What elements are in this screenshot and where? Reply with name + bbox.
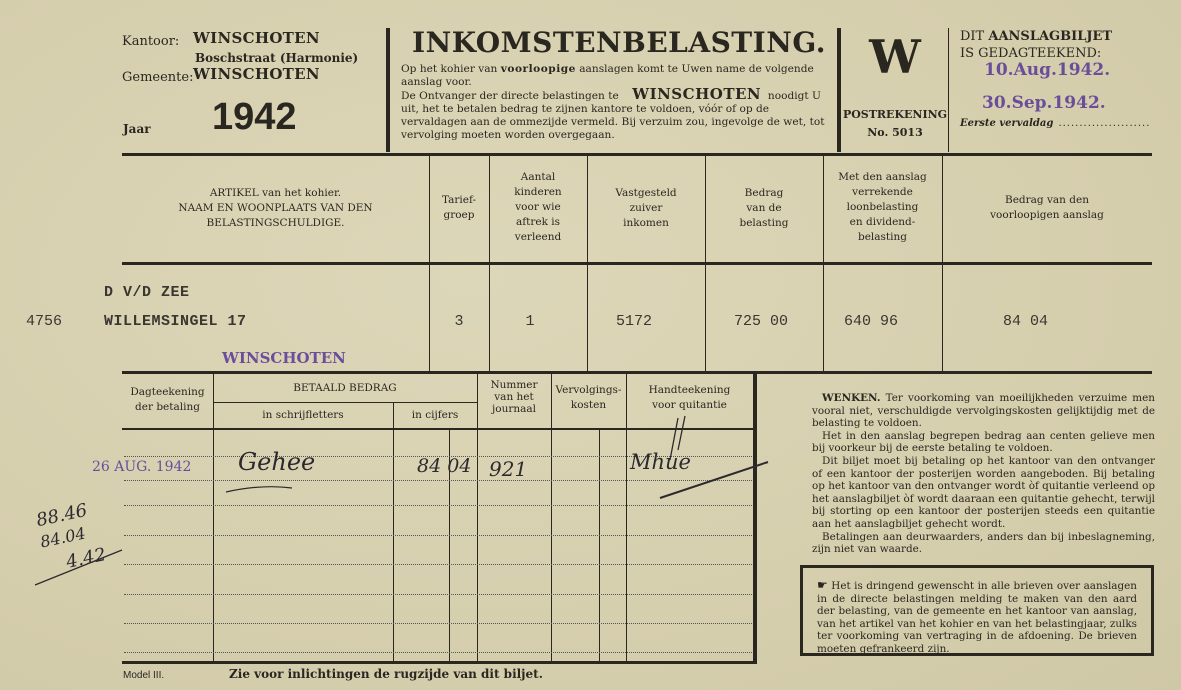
bedrag-belasting-value: 725 00 [734,313,788,330]
issue-date-stamp: 10.Aug.1942. [984,60,1110,80]
form-title: INKOMSTENBELASTING. [412,26,826,59]
header-voorloopige-aanslag: Bedrag van den voorloopigen aanslag [942,193,1152,223]
kinderen-value: 1 [489,313,571,330]
col-divider [942,155,943,372]
pay-header-paid: BETAALD BEDRAG [213,381,477,396]
header-divider-3 [948,28,949,152]
notice-bold-voorloopige: voorloopige [501,63,576,75]
pay-header-journal: Nummer van het journaal [477,379,551,415]
kantoor-block: Kantoor: [122,30,179,49]
footer-note: Zie voor inlichtingen de rugzijde van di… [229,667,543,681]
artikel-number: 4756 [26,313,62,330]
postrekening-number: No. 5013 [867,126,922,139]
model-label: Model III. [123,670,164,681]
first-due-date-label: Eerste vervaldag [960,118,1053,129]
kantoor-street: Boschstraat (Harmonie) [195,51,358,65]
pay-header-signature: Handteekening voor quitantie [626,383,753,413]
header-kinderen: Aantal kinderen voor wie aftrek is verle… [489,170,587,245]
taxpayer-address: WILLEMSINGEL 17 [104,313,247,330]
notice-city: WINSCHOTEN [632,85,761,103]
pay-header-costs: Vervolgings- kosten [551,383,626,413]
header-zuiver-inkomen: Vastgesteld zuiver inkomen [587,186,705,231]
table-header-rule [122,262,1152,265]
dated-label-gedagteekend: IS GEDAGTEEKEND: [960,46,1101,61]
pay-bottom-rule [122,661,754,664]
pay-header-words: in schrijfletters [213,408,393,423]
notice-text: Op het kohier van voorloopige aanslagen … [401,63,829,89]
postrekening-label: POSTREKENING [843,108,947,121]
amount-in-figures-handwritten: 84 04 [417,455,471,477]
header-tariefgroep: Tarief- groep [429,193,489,223]
tax-assessment-form: Kantoor: WINSCHOTEN Boschstraat (Harmoni… [0,0,1181,690]
pay-col-divider [551,374,552,664]
gemeente-label: Gemeente: [122,70,193,85]
boxed-note: ☛ Het is dringend gewenscht in alle brie… [800,565,1154,656]
city-stamp: WINSCHOTEN [222,349,346,367]
voorloopige-aanslag-value: 84 04 [1003,313,1048,330]
wenken-p3: Dit biljet moet bij betaling op het kant… [812,455,1155,531]
gemeente-value: WINSCHOTEN [193,65,320,83]
wenken-title: WENKEN. [822,392,881,404]
tariefgroep-value: 3 [429,313,489,330]
pay-col-divider [477,374,478,664]
pay-sub-rule [213,402,477,403]
boxed-note-text: Het is dringend gewenscht in alle brieve… [817,580,1137,655]
verrekende-belasting-value: 640 96 [844,313,898,330]
table-top-rule [122,153,1152,156]
zuiver-inkomen-value: 5172 [616,313,652,330]
pay-header-figures: in cijfers [393,408,477,423]
kantoor-value: WINSCHOTEN [193,29,320,47]
notice-text-2: De Ontvanger der directe belastingen te … [401,88,829,142]
first-due-date-dots: ...................... [1058,118,1150,129]
jaar-label: Jaar [123,122,151,136]
col-divider [429,155,430,372]
kantoor-label: Kantoor: [122,34,179,49]
header-bedrag-belasting: Bedrag van de belasting [705,186,823,231]
payment-date-stamp: 26 AUG. 1942 [92,459,191,475]
journal-number-handwritten: 921 [489,457,527,481]
taxpayer-name: D V/D ZEE [104,284,190,301]
wenken-p2: Het in den aanslag begrepen bedrag aan c… [812,430,1155,455]
signature-stroke-icon [600,410,780,500]
header-artikel: ARTIKEL van het kohier. NAAM EN WOONPLAA… [122,186,429,231]
pointing-hand-icon: ☛ [817,578,828,592]
wenken-section: WENKEN. Ter voorkoming van moeilijkheden… [812,392,1155,556]
header-divider [386,28,390,152]
w-letter: W [869,30,921,84]
jaar-value: 1942 [212,96,297,138]
due-date-stamp: 30.Sep.1942. [982,93,1106,113]
wenken-p4: Betalingen aan deurwaarders, anders dan … [812,531,1155,556]
notice-line2: De Ontvanger der directe belastingen te [401,90,619,102]
pay-header-date: Dagteekening der betaling [122,385,213,415]
table-bottom-rule [122,371,1152,374]
pay-col-divider [393,402,394,664]
header-verrekende-belasting: Met den aanslag verrekende loonbelasting… [823,170,942,245]
words-underline-stroke-icon [222,470,342,498]
notice-line1: Op het kohier van [401,63,501,75]
